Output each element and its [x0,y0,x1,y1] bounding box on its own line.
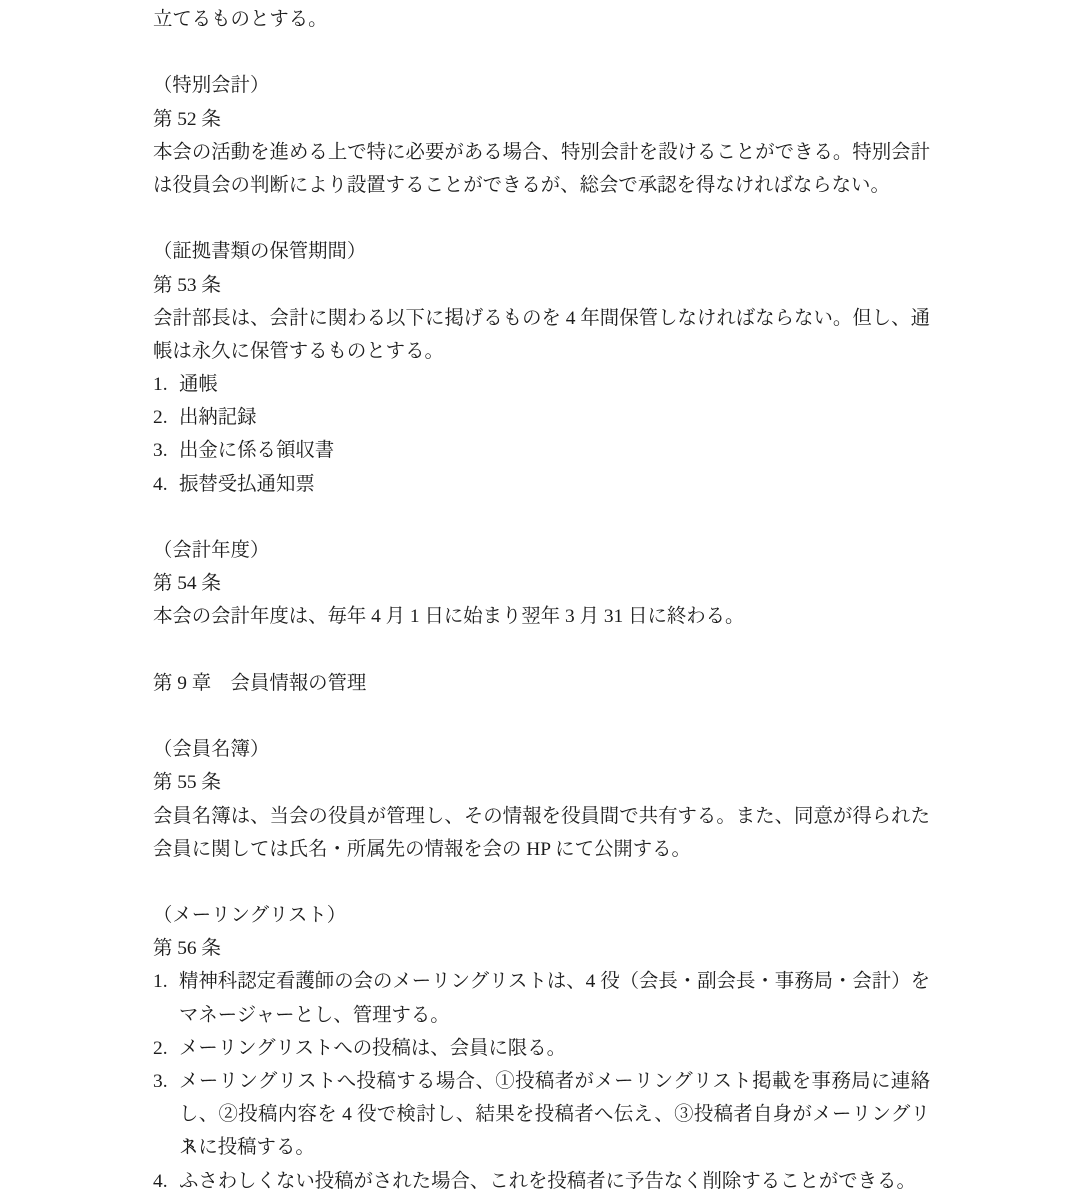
line-text: 通帳 [179,374,218,395]
article-number: 第 53 条 [153,269,930,302]
line-text: 第 9 章 会員情報の管理 [153,673,366,694]
section-caption: （会員名簿） [153,733,930,766]
body-line: 会計部長は、会計に関わる以下に掲げるものを 4 年間保管しなければならない。但し… [153,302,930,335]
line-text: トに投稿する。 [179,1137,315,1158]
section-caption: （会計年度） [153,534,930,567]
list-number: 4. [153,1165,179,1198]
list-number: 3. [153,434,179,467]
article-number: 第 54 条 [153,567,930,600]
line-text: 立てるものとする。 [153,9,328,30]
list-number: 1. [153,368,179,401]
article-number: 第 52 条 [153,103,930,136]
line-text: 会員に関しては氏名・所属先の情報を会の HP にて公開する。 [153,839,691,860]
line-text: 出納記録 [179,407,257,428]
line-text: 振替受払通知票 [179,474,315,495]
section-caption: （証拠書類の保管期間） [153,235,930,268]
blank-line [153,700,930,733]
blank-line [153,866,930,899]
line-text: 第 56 条 [153,938,221,959]
body-line: 本会の活動を進める上で特に必要がある場合、特別会計を設けることができる。特別会計 [153,136,930,169]
list-number: 3. [153,1065,179,1098]
article-number: 第 56 条 [153,932,930,965]
list-item-continuation: マネージャーとし、管理する。 [153,999,930,1032]
list-number: 2. [153,1032,179,1065]
line-text: メーリングリストへの投稿は、会員に限る。 [179,1038,566,1059]
line-text: 第 54 条 [153,573,221,594]
list-item: 2.メーリングリストへの投稿は、会員に限る。 [153,1032,930,1065]
list-item: 2.出納記録 [153,401,930,434]
body-line: 立てるものとする。 [153,3,930,36]
line-text: 第 55 条 [153,772,221,793]
document-page: 立てるものとする。（特別会計）第 52 条本会の活動を進める上で特に必要がある場… [0,0,1084,1202]
line-text: （証拠書類の保管期間） [153,241,366,262]
line-text: （会員名簿） [153,739,269,760]
list-item: 3.メーリングリストへ投稿する場合、①投稿者がメーリングリスト掲載を事務局に連絡 [153,1065,930,1098]
list-number: 1. [153,965,179,998]
blank-line [153,36,930,69]
list-item: 4.振替受払通知票 [153,468,930,501]
line-text: 帳は永久に保管するものとする。 [153,341,444,362]
line-text: 精神科認定看護師の会のメーリングリストは、4 役（会長・副会長・事務局・会計）を [179,965,930,998]
line-text: マネージャーとし、管理する。 [179,1005,450,1026]
list-item-continuation: トに投稿する。 [153,1131,930,1164]
body-line: 会員名簿は、当会の役員が管理し、その情報を役員間で共有する。また、同意が得られた [153,800,930,833]
line-text: は役員会の判断により設置することができるが、総会で承認を得なければならない。 [153,175,890,196]
line-text: 本会の活動を進める上で特に必要がある場合、特別会計を設けることができる。特別会計 [153,136,930,169]
chapter-heading: 第 9 章 会員情報の管理 [153,667,930,700]
line-text: 会員名簿は、当会の役員が管理し、その情報を役員間で共有する。また、同意が得られた [153,800,930,833]
line-text: 第 53 条 [153,275,221,296]
body-line: 会員に関しては氏名・所属先の情報を会の HP にて公開する。 [153,833,930,866]
blank-line [153,501,930,534]
list-item: 3.出金に係る領収書 [153,434,930,467]
line-text: （会計年度） [153,540,269,561]
line-text: ふさわしくない投稿がされた場合、これを投稿者に予告なく削除することができる。 [179,1171,916,1192]
list-item: 1.通帳 [153,368,930,401]
list-item: 1.精神科認定看護師の会のメーリングリストは、4 役（会長・副会長・事務局・会計… [153,965,930,998]
line-text: （特別会計） [153,75,269,96]
list-item: 4.ふさわしくない投稿がされた場合、これを投稿者に予告なく削除することができる。 [153,1165,930,1198]
line-text: （メーリングリスト） [153,905,346,926]
list-number: 2. [153,401,179,434]
line-text: 本会の会計年度は、毎年 4 月 1 日に始まり翌年 3 月 31 日に終わる。 [153,606,744,627]
section-caption: （メーリングリスト） [153,899,930,932]
line-text: 第 52 条 [153,109,221,130]
list-number: 4. [153,468,179,501]
line-text: メーリングリストへ投稿する場合、①投稿者がメーリングリスト掲載を事務局に連絡 [179,1065,930,1098]
body-line: 帳は永久に保管するものとする。 [153,335,930,368]
blank-line [153,634,930,667]
line-text: 出金に係る領収書 [179,440,334,461]
line-text: 会計部長は、会計に関わる以下に掲げるものを 4 年間保管しなければならない。但し… [153,302,930,335]
article-number: 第 55 条 [153,766,930,799]
body-line: 本会の会計年度は、毎年 4 月 1 日に始まり翌年 3 月 31 日に終わる。 [153,600,930,633]
body-line: は役員会の判断により設置することができるが、総会で承認を得なければならない。 [153,169,930,202]
list-item-continuation: し、②投稿内容を 4 役で検討し、結果を投稿者へ伝え、③投稿者自身がメーリングリ… [153,1098,930,1131]
section-caption: （特別会計） [153,69,930,102]
blank-line [153,202,930,235]
